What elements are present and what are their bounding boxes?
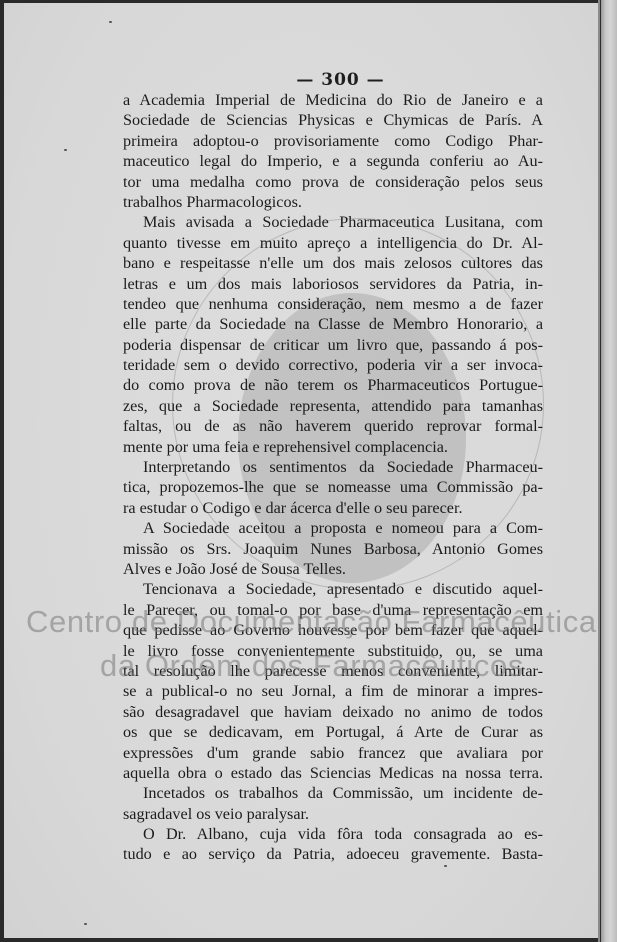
text-line: do como prova de não terem os Pharmaceut… [123,375,543,395]
text-line: faltas, ou de as não haverem querido rep… [123,416,543,436]
text-line: tica, propozemos-lhe que se nomeasse uma… [123,477,543,497]
text-line: os que se dedicavam, em Portugal, á Arte… [123,722,543,742]
text-line: primeira adoptou-o provisoriamente como … [123,131,543,151]
text-line: Interpretando os sentimentos da Sociedad… [123,457,543,477]
text-line: se a publical-o no seu Jornal, a fim de … [123,681,543,701]
text-line: letras e um dos mais laboriosos servidor… [123,274,543,294]
text-line: teridade sem o devido correctivo, poderi… [123,355,543,375]
text-line: O Dr. Albano, cuja vida fôra toda consag… [123,824,543,844]
text-line: tal resolução lhe parecesse menos conven… [123,661,543,681]
paper-speck [444,865,447,867]
text-line: Mais avisada a Sociedade Pharmaceutica L… [123,212,543,232]
text-line: que pedisse ao Governo houvesse por bem … [123,620,543,640]
text-line: Sociedade de Sciencias Physicas e Chymic… [123,110,543,130]
text-line: ra estudar o Codigo e dar ácerca d'elle … [123,498,543,518]
text-line: zes, que a Sociedade representa, attendi… [123,396,543,416]
text-line: tor uma medalha como prova de consideraç… [123,172,543,192]
text-line: mente por uma feia e reprehensivel compl… [123,437,543,457]
text-line: missão os Srs. Joaquim Nunes Barbosa, An… [123,539,543,559]
text-line: poderia dispensar de criticar um livro q… [123,335,543,355]
text-line: Alves e João José de Sousa Telles. [123,559,543,579]
book-page-edge [601,0,617,942]
text-line: trabalhos Pharmacologicos. [123,192,543,212]
text-line: a Academia Imperial de Medicina do Rio d… [123,90,543,110]
text-line: le Parecer, ou tomal-o por base d'uma re… [123,600,543,620]
paper-speck [64,149,67,151]
text-line: bano e respeitasse n'elle um dos mais ze… [123,253,543,273]
page-number: — 300 — [32,70,617,90]
text-line: le livro fosse convenientemente substitu… [123,641,543,661]
text-line: A Sociedade aceitou a proposta e nomeou … [123,518,543,538]
text-line: quanto tivesse em muito apreço a intelli… [123,233,543,253]
text-line: são desagradavel que haviam deixado no a… [123,702,543,722]
text-line: maceutico legal do Imperio, e a segunda … [123,151,543,171]
text-line: elle parte da Sociedade na Classe de Mem… [123,314,543,334]
page-edge-line [598,0,600,942]
paper-speck [84,923,87,925]
text-line: Tencionava a Sociedade, apresentado e di… [123,579,543,599]
paper-speck [109,21,112,23]
body-text: a Academia Imperial de Medicina do Rio d… [123,90,543,865]
text-line: aquella obra o estado das Sciencias Medi… [123,763,543,783]
text-line: Incetados os trabalhos da Commissão, um … [123,783,543,803]
text-line: tendeo que nenhuma consideração, nem mes… [123,294,543,314]
text-line: sagradavel os veio paralysar. [123,804,543,824]
text-line: expressões d'um grande sabio francez que… [123,743,543,763]
text-line: tudo e ao serviço da Patria, adoeceu gra… [123,844,543,864]
